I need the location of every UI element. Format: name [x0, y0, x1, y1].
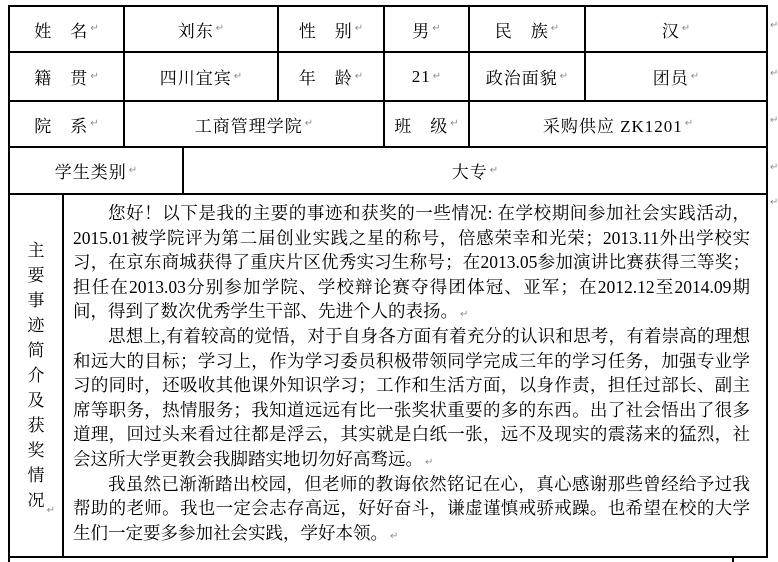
table-border-bottom: [8, 556, 768, 558]
gender-value-cell: 男↵: [385, 7, 468, 51]
political-status-label: 政治面貌: [486, 64, 558, 89]
cell-mark-icon: ↵: [433, 72, 441, 82]
row-end-mark-icon: ↵: [770, 163, 778, 173]
profile-side-label: 主要事迹简介及获奖情况: [27, 238, 45, 513]
name-label-cell: 姓 名↵: [10, 7, 123, 51]
cell-mark-icon: ↵: [551, 24, 559, 34]
row-end-mark-icon: ↵: [770, 116, 778, 126]
political-status-value-cell: 团员↵: [586, 53, 766, 100]
student-type-label: 学生类别: [55, 158, 127, 183]
department-value-cell: 工商管理学院↵: [125, 102, 383, 146]
cell-mark-icon: ↵: [682, 24, 690, 34]
student-type-value: 大专: [452, 158, 488, 183]
class-value-cell: 采购供应 ZK1201↵: [470, 102, 766, 146]
origin-value: 四川宜宾: [160, 64, 232, 89]
class-value: 采购供应 ZK1201: [543, 112, 683, 137]
class-label-cell: 班 级↵: [385, 102, 468, 146]
student-type-label-cell: 学生类别↵: [10, 148, 182, 193]
class-label: 班 级: [394, 112, 448, 137]
origin-label-cell: 籍 贯↵: [10, 53, 123, 100]
paragraph-mark-icon: ↵: [425, 457, 433, 468]
profile-essay-cell: 您好！以下是我的主要的事迹和获奖的一些情况: 在学校期间参加社会实践活动，201…: [64, 195, 766, 556]
essay-paragraph-3: 我虽然已渐渐踏出校园，但老师的教诲依然铭记在心，真心感谢那些曾经给予过我帮助的老…: [73, 474, 750, 543]
age-value: 21: [412, 67, 431, 87]
cell-mark-icon: ↵: [90, 24, 98, 34]
ethnicity-value-cell: 汉↵: [586, 7, 766, 51]
essay-paragraph: 您好！以下是我的主要的事迹和获奖的一些情况: 在学校期间参加社会实践活动，201…: [73, 201, 750, 324]
cell-mark-icon: ↵: [216, 24, 224, 34]
political-status-label-cell: 政治面貌↵: [470, 53, 584, 100]
ethnicity-label-cell: 民 族↵: [470, 7, 584, 51]
political-status-value: 团员: [653, 64, 689, 89]
cell-mark-icon: ↵: [129, 166, 137, 176]
profile-side-label-cell: 主要事迹简介及获奖情况 ↵: [10, 195, 62, 556]
cell-mark-icon: ↵: [450, 119, 458, 129]
ethnicity-value: 汉: [662, 17, 680, 42]
gender-label-cell: 性 别↵: [279, 7, 383, 51]
cell-mark-icon: ↵: [560, 72, 568, 82]
ethnicity-label: 民 族: [495, 17, 549, 42]
cell-mark-icon: ↵: [355, 24, 363, 34]
student-type-value-cell: 大专↵: [184, 148, 766, 193]
row-end-mark-icon: ↵: [770, 198, 778, 208]
age-label-cell: 年 龄↵: [279, 53, 383, 100]
cell-mark-icon: ↵: [47, 506, 55, 516]
essay-paragraph-2: 思想上,有着较高的觉悟，对于自身各方面有着充分的认识和思考，有着崇高的理想和远大…: [73, 326, 750, 469]
gender-label: 性 别: [299, 17, 353, 42]
row-end-mark-icon: ↵: [770, 21, 778, 31]
cell-mark-icon: ↵: [432, 24, 440, 34]
origin-label: 籍 贯: [34, 64, 88, 89]
age-value-cell: 21↵: [385, 53, 468, 100]
name-label: 姓 名: [34, 17, 88, 42]
student-info-form: 姓 名↵ 刘东↵ 性 别↵ 男↵ 民 族↵ 汉↵ 籍 贯↵ 四川宜宾↵ 年 龄↵…: [0, 0, 778, 562]
cell-mark-icon: ↵: [685, 119, 693, 129]
cell-mark-icon: ↵: [355, 72, 363, 82]
department-label-cell: 院 系↵: [10, 102, 123, 146]
paragraph-mark-icon: ↵: [460, 309, 468, 320]
table-border-right: [766, 5, 768, 558]
essay-paragraph: 思想上,有着较高的觉悟，对于自身各方面有着充分的认识和思考，有着崇高的理想和远大…: [73, 324, 750, 472]
name-value: 刘东: [178, 17, 214, 42]
department-label: 院 系: [34, 112, 88, 137]
paragraph-mark-icon: ↵: [390, 531, 398, 542]
row-end-mark-icon: ↵: [770, 69, 778, 79]
cell-mark-icon: ↵: [90, 119, 98, 129]
cell-mark-icon: ↵: [234, 72, 242, 82]
gender-value: 男: [412, 17, 430, 42]
cell-mark-icon: ↵: [490, 166, 498, 176]
age-label: 年 龄: [299, 64, 353, 89]
cell-mark-icon: ↵: [90, 72, 98, 82]
essay-paragraph: 我虽然已渐渐踏出校园，但老师的教诲依然铭记在心，真心感谢那些曾经给予过我帮助的老…: [73, 472, 750, 546]
department-value: 工商管理学院: [195, 112, 303, 137]
table-line-next-row-stub: [732, 558, 734, 562]
cell-mark-icon: ↵: [305, 119, 313, 129]
name-value-cell: 刘东↵: [125, 7, 277, 51]
essay-paragraph-1: 您好！以下是我的主要的事迹和获奖的一些情况: 在学校期间参加社会实践活动，201…: [73, 203, 750, 321]
origin-value-cell: 四川宜宾↵: [125, 53, 277, 100]
cell-mark-icon: ↵: [691, 72, 699, 82]
